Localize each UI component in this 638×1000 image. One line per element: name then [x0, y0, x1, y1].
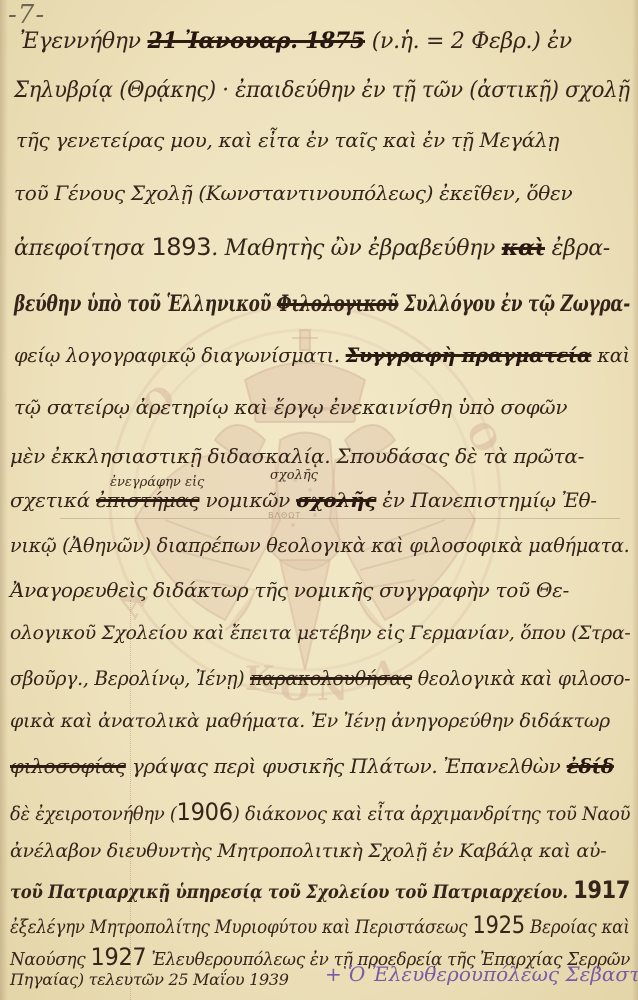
line-text: φείῳ λογογραφικῷ διαγωνίσματι. [14, 343, 346, 367]
line-text: βεύθην ὑπὸ τοῦ Ἑλληνικοῦ [14, 291, 277, 317]
line-text: ἀπεφοίτησα [14, 236, 151, 261]
struck-text: καὶ [502, 235, 545, 261]
text-line-10: σχετικά ἐπιστήμας νομικῶν σχολῆς ἐν Πανε… [10, 490, 597, 510]
text-line-14: σβοῦργ., Βερολίνῳ, Ἰένῃ) παρακολουθήσας … [10, 668, 630, 688]
text-line-13: ολογικοῦ Σχολείου καὶ ἔπειτα μετέβην εἰς… [10, 624, 630, 643]
line-text: μὲν ἐκκλησιαστικῇ διδασκαλίᾳ. Σπουδάσας … [10, 444, 584, 468]
struck-text: Συγγραφὴ πραγματεία [346, 343, 592, 367]
line-text: ἐν Πανεπιστημίῳ Ἐθ- [376, 488, 597, 512]
line-text: ἐξελέγην Μητροπολίτης Μυριοφύτου καὶ Περ… [10, 916, 472, 938]
line-text: τῷ σατείρῳ ἀρετηρίῳ καὶ ἔργῳ ἐνεκαινίσθη… [14, 395, 567, 419]
line-text: Συλλόγου ἐν τῷ Ζωγρα- [398, 291, 630, 317]
text-line-6: βεύθην ὑπὸ τοῦ Ἑλληνικοῦ Φιλολογικοῦ Συλ… [14, 293, 630, 315]
text-line-4: τοῦ Γένους Σχολῇ (Κωνσταντινουπόλεως) ἐκ… [14, 183, 572, 203]
text-line-12: Ἀναγορευθεὶς διδάκτωρ τῆς νομικῆς συγγρα… [10, 580, 569, 600]
line-text: νικῷ (Ἀθηνῶν) διαπρέπων θεολογικὰ καὶ φι… [10, 533, 629, 557]
line-text: ἀνέλαβον διευθυντὴς Μητροπολιτικὴ Σχολῇ … [10, 840, 606, 862]
page-number: -7- [8, 0, 45, 30]
line-text: Σηλυβρίᾳ (Θρᾴκης) · [14, 78, 235, 103]
text-line-3: τῆς γενετείρας μου, καὶ εἶτα ἐν ταῖς καὶ… [16, 130, 559, 150]
year-1893: 1893 [151, 233, 211, 261]
document-page: Κ Ο Ν Α Α Ο Ο ΒΛΘΩΤ -7- Ἐγεννήθην 21 Ἰαν… [0, 0, 638, 1000]
line-text: γράψας περὶ φυσικῆς Πλάτων. Ἐπανελθὼν [126, 754, 567, 778]
line-text: ) διάκονος καὶ εἶτα ἀρχιμανδρίτης τοῦ Να… [233, 803, 630, 825]
page-edge-shadow-right [632, 0, 638, 1000]
line-text: Βεροίας καὶ [525, 916, 630, 938]
text-line-11: νικῷ (Ἀθηνῶν) διαπρέπων θεολογικὰ καὶ φι… [10, 535, 629, 555]
struck-text: ἐπιστήμας [96, 488, 199, 512]
line-text: ἐπαιδεύθην ἐν τῇ τῶν (ἀστικῇ) σχολῇ [235, 78, 630, 103]
page-edge-shadow-left [0, 0, 8, 1000]
line-text: τοῦ Γένους Σχολῇ (Κωνσταντινουπόλεως) ἐκ… [14, 181, 572, 205]
struck-text: φιλοσοφίας [10, 754, 126, 778]
interlinear-insert: σχολῆς [270, 468, 318, 483]
violet-annotation-signature: + Ὁ Ἐλευθερουπόλεως Σεβαστιανός [325, 962, 638, 986]
line-text: ολογικοῦ Σχολείου καὶ ἔπειτα μετέβην εἰς… [10, 622, 630, 644]
struck-text: παρακολουθήσας [250, 666, 412, 690]
struck-text: Φιλολογικοῦ [277, 291, 399, 317]
text-line-2: Σηλυβρίᾳ (Θρᾴκης) · ἐπαιδεύθην ἐν τῇ τῶν… [14, 80, 630, 102]
struck-text: ἐδίδ [567, 754, 614, 778]
struck-text: σχολῆς [296, 488, 376, 512]
line-text: καὶ [591, 343, 629, 367]
line-text: (ν.ἡ. = 2 Φεβρ.) ἐν [365, 29, 572, 54]
text-line-5: ἀπεφοίτησα 1893. Μαθητὴς ὢν ἐβραβεύθην κ… [14, 235, 610, 260]
text-line-9: μὲν ἐκκλησιαστικῇ διδασκαλίᾳ. Σπουδάσας … [10, 446, 584, 466]
line-text: φικὰ καὶ ἀνατολικὰ μαθήματα. Ἐν Ἰένῃ ἀνη… [10, 710, 610, 732]
text-line-18: ἀνέλαβον διευθυντὴς Μητροπολιτικὴ Σχολῇ … [10, 842, 606, 861]
year-1927: 1927 [90, 943, 146, 971]
text-line-16: φιλοσοφίας γράψας περὶ φυσικῆς Πλάτων. Ἐ… [10, 756, 614, 776]
line-text: σβοῦργ., Βερολίνῳ, Ἰένῃ) [10, 666, 250, 690]
line-text: σχετικά [10, 488, 96, 512]
text-line-19: τοῦ Πατριαρχικῇ ὑπηρεσίᾳ τοῦ Σχολείου το… [10, 878, 630, 902]
line-text: θεολογικὰ καὶ φιλοσο- [412, 666, 630, 690]
line-text: . Μαθητὴς ὢν ἐβραβεύθην [211, 236, 502, 261]
line-text: Ἀναγορευθεὶς διδάκτωρ τῆς νομικῆς [10, 578, 379, 602]
text-line-8: τῷ σατείρῳ ἀρετηρίῳ καὶ ἔργῳ ἐνεκαινίσθη… [14, 397, 567, 417]
text-line-17: δὲ ἐχειροτονήθην (1906) διάκονος καὶ εἶτ… [10, 800, 630, 824]
line-text: τοῦ Πατριαρχικῇ ὑπηρεσίᾳ τοῦ Σχολείου το… [10, 881, 573, 903]
text-line-20: ἐξελέγην Μητροπολίτης Μυριοφύτου καὶ Περ… [10, 913, 629, 937]
year-1906: 1906 [177, 798, 233, 826]
text-line-15: φικὰ καὶ ἀνατολικὰ μαθήματα. Ἐν Ἰένῃ ἀνη… [10, 712, 610, 731]
line-text: Ἐγεννήθην [20, 29, 147, 54]
line-text: συγγραφὴν τοῦ Θε- [379, 578, 569, 602]
watermark-stamp-text: ΒΛΘΩΤ [268, 511, 301, 520]
year-1917: 1917 [573, 876, 630, 904]
line-text: ἐβρα- [545, 236, 610, 261]
text-line-7: φείῳ λογογραφικῷ διαγωνίσματι. Συγγραφὴ … [14, 345, 630, 365]
line-text: Ναούσης [10, 949, 90, 970]
line-text: δὲ ἐχειροτονήθην ( [10, 803, 177, 825]
line-text: Πηγαίας) τελευτῶν 25 Μαΐου 1939 [10, 970, 289, 989]
line-text: τῆς γενετείρας μου, καὶ εἶτα ἐν ταῖς καὶ… [16, 128, 559, 152]
text-line-22: Πηγαίας) τελευτῶν 25 Μαΐου 1939 [10, 972, 289, 988]
paper-rule-line [60, 518, 620, 519]
year-1925: 1925 [472, 911, 525, 939]
struck-text: 21 Ἰανουαρ. 1875 [147, 28, 365, 54]
line-text: νομικῶν [199, 488, 296, 512]
text-line-1: Ἐγεννήθην 21 Ἰανουαρ. 1875 (ν.ἡ. = 2 Φεβ… [20, 30, 572, 53]
